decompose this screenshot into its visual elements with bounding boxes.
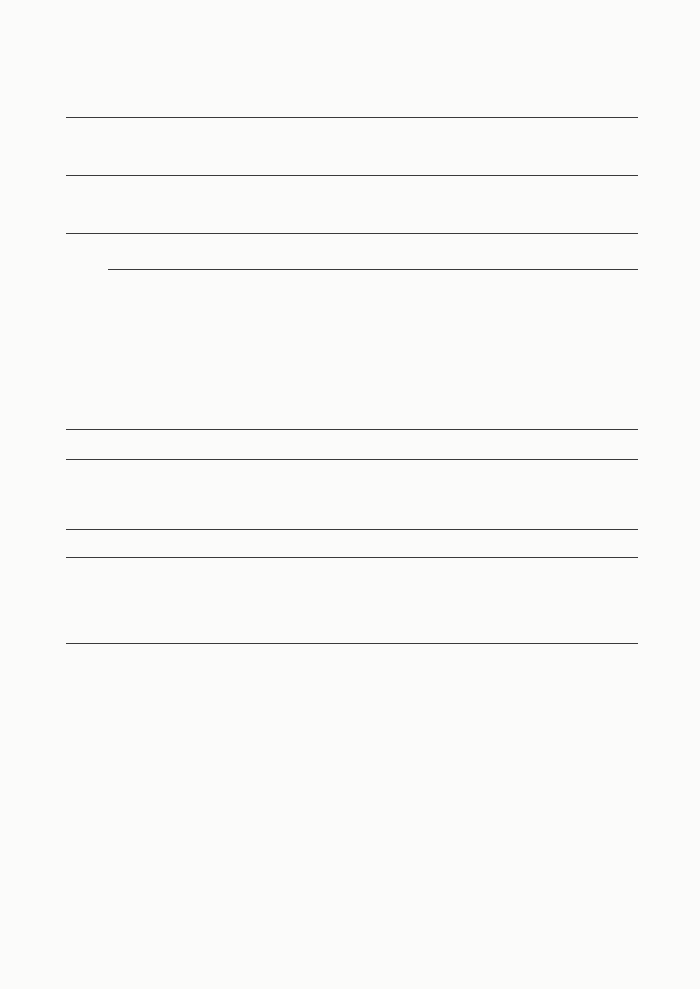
divider [66,233,638,234]
divider [66,459,638,460]
divider [66,175,638,176]
divider [66,429,638,430]
divider [66,643,638,644]
divider [108,269,638,270]
declaration-page [0,0,700,989]
divider [66,117,638,118]
divider [66,557,638,558]
divider [66,529,638,530]
